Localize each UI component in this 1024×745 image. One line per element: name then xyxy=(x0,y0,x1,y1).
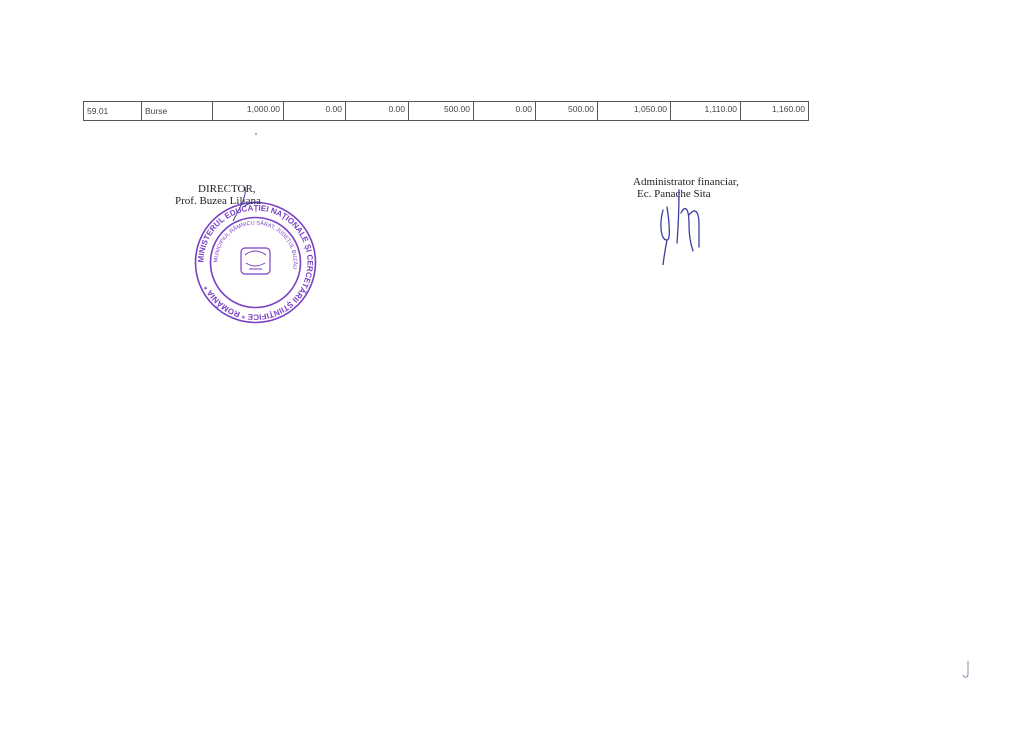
cell-code: 59.01 xyxy=(84,102,142,121)
cell-name: Burse xyxy=(142,102,213,121)
handwritten-signature-icon xyxy=(655,185,715,265)
cell-value: 1,110.00 xyxy=(671,102,741,121)
svg-text:MUNICIPIUL RÂMNICU SĂRAT, JUDE: MUNICIPIUL RÂMNICU SĂRAT, JUDEȚUL BUZĂU xyxy=(213,220,298,270)
cell-value: 1,160.00 xyxy=(741,102,809,121)
cell-value: 0.00 xyxy=(346,102,409,121)
cell-value: 0.00 xyxy=(474,102,536,121)
scan-speck xyxy=(255,133,257,135)
table-row: 59.01 Burse 1,000.00 0.00 0.00 500.00 0.… xyxy=(84,102,809,121)
cell-value: 500.00 xyxy=(409,102,474,121)
budget-table: 59.01 Burse 1,000.00 0.00 0.00 500.00 0.… xyxy=(83,101,809,121)
cell-value: 1,050.00 xyxy=(598,102,671,121)
page-initial-mark-icon xyxy=(960,660,972,680)
cell-value: 0.00 xyxy=(284,102,346,121)
cell-value: 1,000.00 xyxy=(213,102,284,121)
stamp-inner-text: MUNICIPIUL RÂMNICU SĂRAT, JUDEȚUL BUZĂU xyxy=(213,220,298,270)
director-signature-stroke-icon xyxy=(225,185,265,225)
cell-value: 500.00 xyxy=(536,102,598,121)
